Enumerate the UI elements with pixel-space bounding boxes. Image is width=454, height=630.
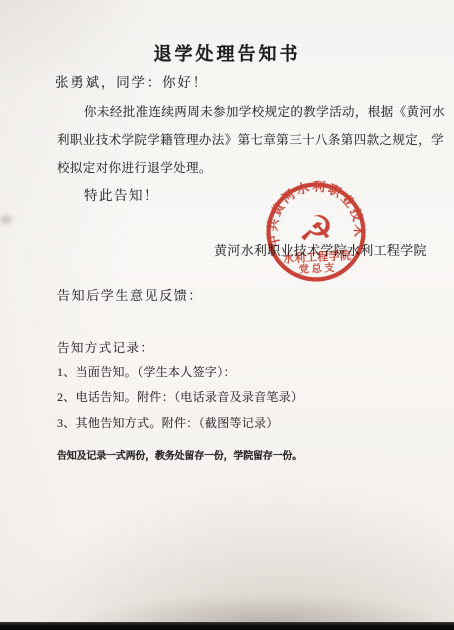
hammer-sickle-icon: ☭ [296, 205, 337, 254]
record-item: 2、电话告知。附件：（电话录音及录音笔录） [57, 388, 303, 405]
paper-edge-shadow [0, 585, 454, 622]
body-line: 利职业技术学院学籍管理办法》第七章第三十八条第四款之规定，学 [57, 130, 444, 148]
body-line: 校拟定对你进行退学处理。 [57, 158, 212, 176]
record-item: 1、当面告知。（学生本人签字）： [57, 363, 236, 380]
feedback-heading: 告知后学生意见反馈： [57, 285, 203, 304]
official-seal: 中共黄河水利职业技术学院委员会 ☭ 水利工程学院 党总支 [262, 178, 369, 285]
paper-smudge [0, 215, 12, 224]
record-heading: 告知方式记录： [57, 338, 154, 356]
record-item: 3、其他告知方式。附件：（截图等记录） [57, 414, 279, 431]
photo-bottom-edge [0, 622, 454, 630]
greeting-line: 张勇斌，同学：你好！ [55, 71, 208, 91]
closing-line: 特此告知！ [84, 184, 159, 204]
footnote-line: 告知及记录一式两份，教务处留存一份，学院留存一份。 [57, 447, 302, 462]
document-photo: 退学处理告知书 张勇斌，同学：你好！ 你未经批准连续两周未参加学校规定的教学活动… [0, 0, 454, 630]
body-line: 你未经批准连续两周未参加学校规定的教学活动，根据《黄河水 [84, 102, 445, 120]
page-title: 退学处理告知书 [0, 40, 454, 66]
